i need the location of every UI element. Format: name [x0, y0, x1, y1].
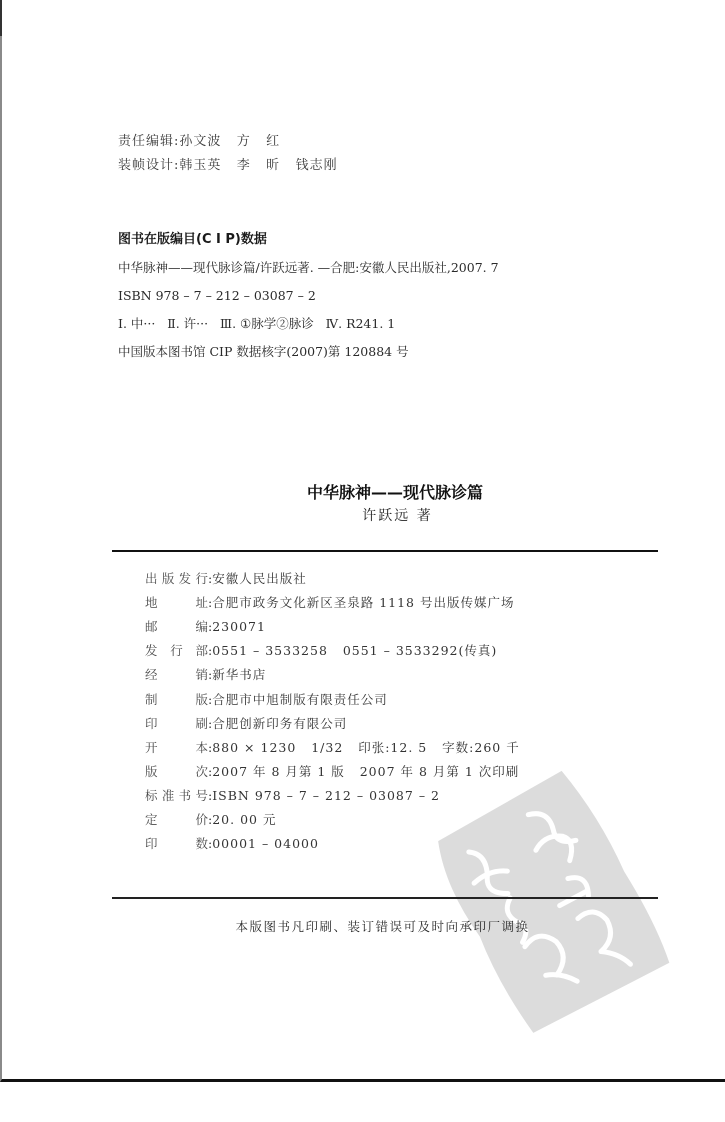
designer-credit: 装帧设计:韩玉英 李 昕 钱志刚 [118, 158, 338, 174]
colophon-label: 制 版 [145, 690, 208, 708]
editor-credit: 责任编辑:孙文波 方 红 [118, 134, 280, 150]
colophon-label: 印 刷 [145, 714, 208, 732]
cip-line: 中国版本图书馆 CIP 数据核字(2007)第 120884 号 [118, 344, 409, 360]
colophon-label: 印 数 [145, 834, 208, 852]
colophon-label: 版 次 [145, 762, 208, 780]
cip-line: ISBN 978 – 7 – 212 – 03087 – 2 [118, 288, 316, 304]
colophon-row-edition: 版 次:2007 年 8 月第 1 版 2007 年 8 月第 1 次印刷 [145, 762, 519, 780]
colophon-row-sales-dept: 发 行 部:0551 – 3533258 0551 – 3533292(传真) [145, 641, 497, 659]
colophon-label: 经 销 [145, 665, 208, 683]
colophon-row-plate-making: 制 版:合肥市中旭制版有限责任公司 [145, 690, 388, 708]
divider-rule-bottom [112, 897, 658, 899]
colophon-row-price: 定 价:20. 00 元 [145, 810, 276, 828]
colophon-value: 合肥市政务文化新区圣泉路 1118 号出版传媒广场 [212, 593, 514, 611]
book-title: 中华脉神——现代脉诊篇 [0, 480, 725, 503]
colophon-value: 230071 [212, 619, 266, 634]
divider-rule-top [112, 550, 658, 552]
colophon-label: 定 价 [145, 810, 208, 828]
colophon-label: 标准书号 [145, 786, 208, 804]
colophon-value: 安徽人民出版社 [212, 569, 307, 587]
colophon-row-postcode: 邮 编:230071 [145, 617, 266, 635]
colophon-row-distributor: 经 销:新华书店 [145, 665, 266, 683]
colophon-row-printer: 印 刷:合肥创新印务有限公司 [145, 714, 347, 732]
colophon-value: 新华书店 [212, 665, 266, 683]
colophon-row-publisher: 出版发行:安徽人民出版社 [145, 569, 307, 587]
colophon-row-address: 地 址:合肥市政务文化新区圣泉路 1118 号出版传媒广场 [145, 593, 514, 611]
colophon-label: 开 本 [145, 738, 208, 756]
colophon-value: ISBN 978 – 7 – 212 – 03087 – 2 [212, 788, 440, 803]
colophon-label: 出版发行 [145, 569, 208, 587]
scan-edge-mark [0, 0, 2, 36]
colophon-value: 880 × 1230 1/32 印张:12. 5 字数:260 千 [212, 738, 519, 756]
cip-line: Ⅰ. 中··· Ⅱ. 许··· Ⅲ. ①脉学②脉诊 Ⅳ. R241. 1 [118, 316, 395, 332]
colophon-row-isbn: 标准书号:ISBN 978 – 7 – 212 – 03087 – 2 [145, 786, 440, 804]
cip-line: 中华脉神——现代脉诊篇/许跃远著. —合肥:安徽人民出版社,2007. 7 [118, 260, 499, 276]
colophon-value: 2007 年 8 月第 1 版 2007 年 8 月第 1 次印刷 [212, 762, 519, 780]
colophon-value: 00001 – 04000 [212, 836, 319, 851]
colophon-label: 地 址 [145, 593, 208, 611]
colophon-value: 合肥创新印务有限公司 [212, 714, 347, 732]
colophon-row-print-run: 印 数:00001 – 04000 [145, 834, 319, 852]
colophon-value: 20. 00 元 [212, 810, 276, 828]
colophon-label: 发 行 部 [145, 641, 208, 659]
cip-heading: 图书在版编目(C I P)数据 [118, 232, 267, 248]
book-author: 许跃远 著 [0, 505, 725, 525]
colophon-value: 合肥市中旭制版有限责任公司 [212, 690, 388, 708]
colophon-row-format: 开 本:880 × 1230 1/32 印张:12. 5 字数:260 千 [145, 738, 520, 756]
colophon-value: 0551 – 3533258 0551 – 3533292(传真) [212, 641, 497, 659]
printing-error-notice: 本版图书凡印刷、装订错误可及时向承印厂调换 [0, 917, 725, 935]
colophon-label: 邮 编 [145, 617, 208, 635]
